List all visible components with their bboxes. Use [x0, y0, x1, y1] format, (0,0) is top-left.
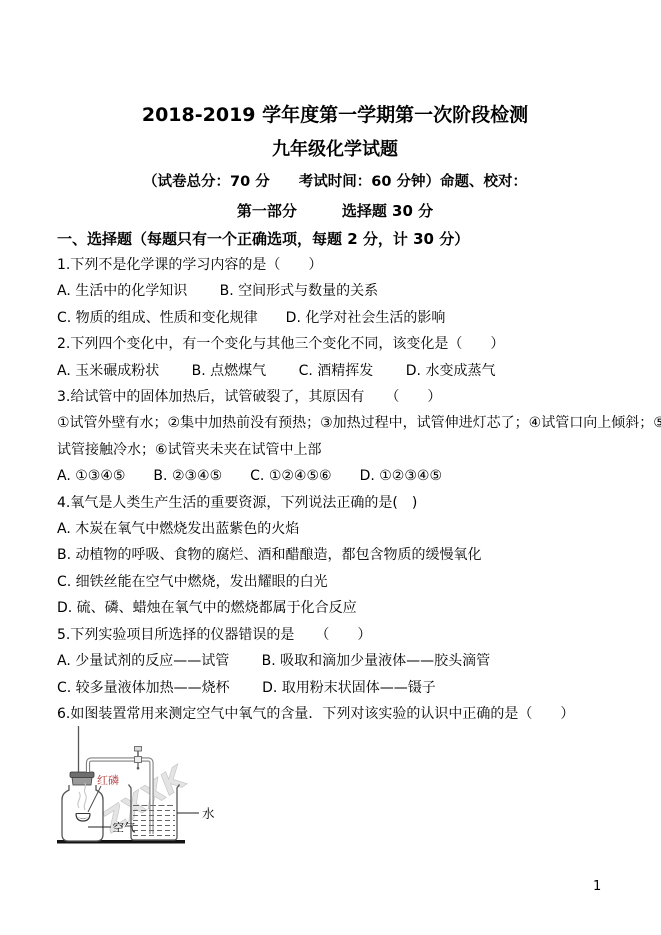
- question-3-items-line-2: 试管接触冷水；⑥试管夹未夹在试管中上部: [57, 437, 613, 463]
- question-1-stem: 1.下列不是化学课的学习内容的是（ ）: [57, 252, 613, 278]
- page-number: 1: [593, 879, 601, 895]
- label-water: 水: [202, 806, 215, 821]
- question-2-stem: 2.下列四个变化中，有一个变化与其他三个变化不同，该变化是（ ）: [57, 331, 613, 357]
- exam-page: 2018-2019 学年度第一学期第一次阶段检测 九年级化学试题 （试卷总分：7…: [0, 0, 661, 935]
- exam-content: 2018-2019 学年度第一学期第一次阶段检测 九年级化学试题 （试卷总分：7…: [57, 103, 613, 727]
- apparatus-figure: ZXXK: [55, 720, 235, 890]
- section-heading: 一、选择题（每题只有一个正确选项，每题 2 分，计 30 分）: [57, 227, 613, 251]
- question-3-items-line-1: ①试管外壁有水；②集中加热前没有预热；③加热过程中，试管伸进灯芯了；④试管口向上…: [57, 410, 613, 436]
- label-air: 空气: [113, 821, 136, 835]
- question-3-stem: 3.给试管中的固体加热后，试管破裂了，其原因有 （ ）: [57, 384, 613, 410]
- watermark: ZXXK: [96, 759, 195, 840]
- label-red-phosphorus: 红磷: [97, 773, 119, 787]
- question-1-options-ab: A. 生活中的化学知识 B. 空间形式与数量的关系: [57, 278, 613, 304]
- rubber-stopper: [72, 778, 92, 786]
- question-5-stem: 5.下列实验项目所选择的仪器错误的是 （ ）: [57, 622, 613, 648]
- question-5-options-cd: C. 较多量液体加热——烧杯 D. 取用粉末状固体——镊子: [57, 675, 613, 701]
- exam-info-line: （试卷总分：70 分 考试时间：60 分钟）命题、校对：: [57, 171, 613, 193]
- question-4-stem: 4.氧气是人类生产生活的重要资源，下列说法正确的是( ): [57, 490, 613, 516]
- question-4-option-c: C. 细铁丝能在空气中燃烧，发出耀眼的白光: [57, 569, 613, 595]
- rubber-stopper-flange: [70, 772, 94, 778]
- part-heading: 第一部分 选择题 30 分: [57, 200, 613, 222]
- question-2-options: A. 玉米碾成粉状 B. 点燃煤气 C. 酒精挥发 D. 水变成蒸气: [57, 358, 613, 384]
- valve-body: [135, 757, 142, 763]
- valve-knob: [135, 747, 142, 752]
- question-4-option-b: B. 动植物的呼吸、食物的腐烂、酒和醋酿造，都包含物质的缓慢氧化: [57, 542, 613, 568]
- valve-drop: [137, 767, 140, 770]
- combustion-spoon: [76, 814, 90, 822]
- question-5-options-ab: A. 少量试剂的反应——试管 B. 吸取和滴加少量液体——胶头滴管: [57, 648, 613, 674]
- apparatus-diagram: ZXXK: [55, 720, 235, 890]
- exam-subtitle: 九年级化学试题: [57, 138, 613, 162]
- question-1-options-cd: C. 物质的组成、性质和变化规律 D. 化学对社会生活的影响: [57, 305, 613, 331]
- question-3-options: A. ①③④⑤ B. ②③④⑤ C. ①②④⑤⑥ D. ①②③④⑤: [57, 463, 613, 489]
- question-4-option-a: A. 木炭在氧气中燃烧发出蓝紫色的火焰: [57, 516, 613, 542]
- question-4-option-d: D. 硫、磷、蜡烛在氧气中的燃烧都属于化合反应: [57, 595, 613, 621]
- exam-title: 2018-2019 学年度第一学期第一次阶段检测: [57, 103, 613, 127]
